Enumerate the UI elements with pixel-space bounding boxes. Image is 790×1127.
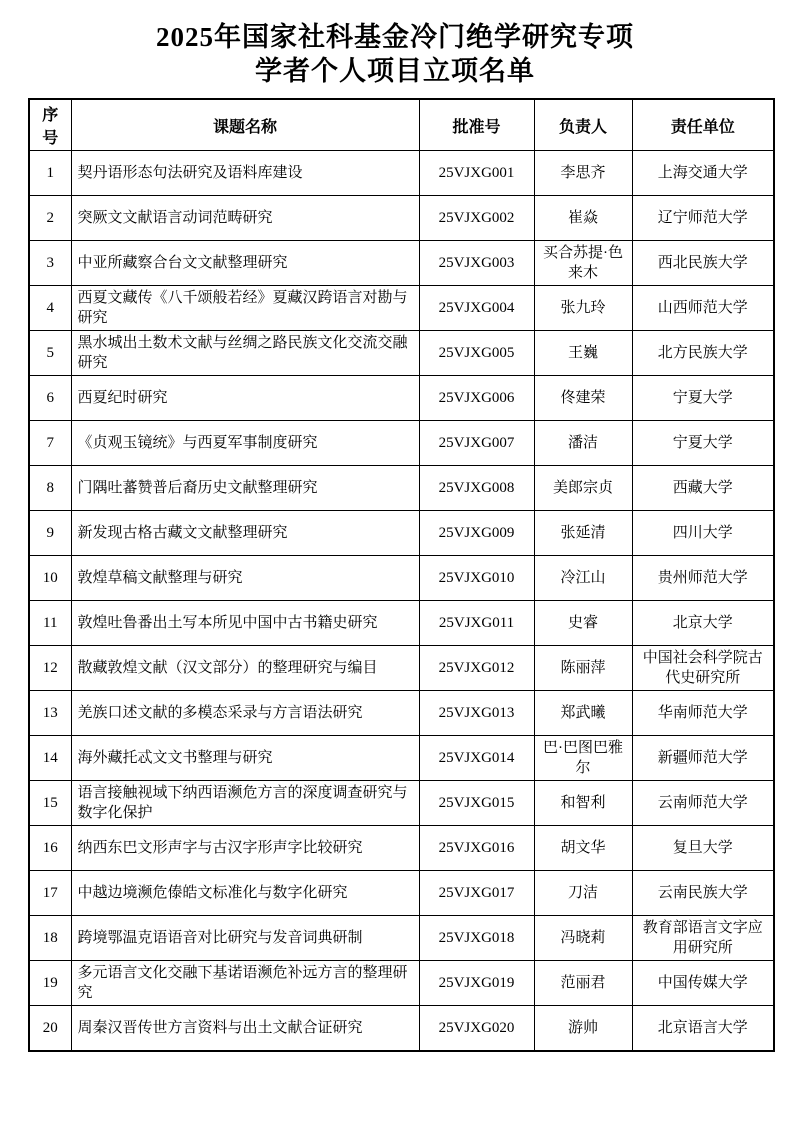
- cell-no: 1: [29, 151, 71, 196]
- cell-no: 14: [29, 736, 71, 781]
- cell-unit: 中国传媒大学: [632, 961, 774, 1006]
- cell-unit: 宁夏大学: [632, 376, 774, 421]
- cell-code: 25VJXG018: [419, 916, 534, 961]
- cell-leader: 美郎宗贞: [534, 466, 632, 511]
- table-row: 14海外藏托忒文文书整理与研究25VJXG014巴·巴图巴雅尔新疆师范大学: [29, 736, 774, 781]
- cell-no: 11: [29, 601, 71, 646]
- cell-no: 17: [29, 871, 71, 916]
- cell-title: 门隅吐蕃赞普后裔历史文献整理研究: [71, 466, 419, 511]
- cell-no: 19: [29, 961, 71, 1006]
- cell-unit: 贵州师范大学: [632, 556, 774, 601]
- cell-code: 25VJXG010: [419, 556, 534, 601]
- cell-code: 25VJXG009: [419, 511, 534, 556]
- table-row: 9新发现古格古藏文文献整理研究25VJXG009张延清四川大学: [29, 511, 774, 556]
- cell-leader: 和智利: [534, 781, 632, 826]
- cell-code: 25VJXG013: [419, 691, 534, 736]
- table-row: 3中亚所藏察合台文文献整理研究25VJXG003买合苏提·色来木西北民族大学: [29, 241, 774, 286]
- cell-leader: 冷江山: [534, 556, 632, 601]
- cell-code: 25VJXG004: [419, 286, 534, 331]
- cell-title: 多元语言文化交融下基诺语濒危补远方言的整理研究: [71, 961, 419, 1006]
- cell-unit: 山西师范大学: [632, 286, 774, 331]
- cell-leader: 王巍: [534, 331, 632, 376]
- title-line-2: 学者个人项目立项名单: [0, 54, 790, 88]
- cell-code: 25VJXG006: [419, 376, 534, 421]
- cell-unit: 北方民族大学: [632, 331, 774, 376]
- cell-code: 25VJXG020: [419, 1006, 534, 1051]
- cell-unit: 新疆师范大学: [632, 736, 774, 781]
- header-cell-leader: 负责人: [534, 99, 632, 151]
- cell-leader: 崔焱: [534, 196, 632, 241]
- cell-no: 15: [29, 781, 71, 826]
- cell-title: 突厥文文献语言动词范畴研究: [71, 196, 419, 241]
- cell-title: 《贞观玉镜统》与西夏军事制度研究: [71, 421, 419, 466]
- cell-leader: 史睿: [534, 601, 632, 646]
- cell-title: 西夏纪时研究: [71, 376, 419, 421]
- cell-title: 跨境鄂温克语语音对比研究与发音词典研制: [71, 916, 419, 961]
- cell-code: 25VJXG019: [419, 961, 534, 1006]
- cell-leader: 李思齐: [534, 151, 632, 196]
- cell-title: 周秦汉晋传世方言资料与出土文献合证研究: [71, 1006, 419, 1051]
- cell-title: 纳西东巴文形声字与古汉字形声字比较研究: [71, 826, 419, 871]
- cell-leader: 巴·巴图巴雅尔: [534, 736, 632, 781]
- cell-no: 8: [29, 466, 71, 511]
- table-row: 18跨境鄂温克语语音对比研究与发音词典研制25VJXG018冯晓莉教育部语言文字…: [29, 916, 774, 961]
- table-row: 8门隅吐蕃赞普后裔历史文献整理研究25VJXG008美郎宗贞西藏大学: [29, 466, 774, 511]
- cell-title: 语言接触视域下纳西语濒危方言的深度调查研究与数字化保护: [71, 781, 419, 826]
- cell-code: 25VJXG017: [419, 871, 534, 916]
- cell-unit: 北京语言大学: [632, 1006, 774, 1051]
- header-cell-no: 序号: [29, 99, 71, 151]
- cell-code: 25VJXG016: [419, 826, 534, 871]
- cell-leader: 张九玲: [534, 286, 632, 331]
- cell-title: 敦煌草稿文献整理与研究: [71, 556, 419, 601]
- cell-leader: 陈丽萍: [534, 646, 632, 691]
- cell-leader: 范丽君: [534, 961, 632, 1006]
- cell-code: 25VJXG003: [419, 241, 534, 286]
- cell-no: 9: [29, 511, 71, 556]
- cell-unit: 云南师范大学: [632, 781, 774, 826]
- table-row: 11敦煌吐鲁番出土写本所见中国中古书籍史研究25VJXG011史睿北京大学: [29, 601, 774, 646]
- cell-no: 6: [29, 376, 71, 421]
- document-title: 2025年国家社科基金冷门绝学研究专项 学者个人项目立项名单: [0, 0, 790, 88]
- cell-unit: 复旦大学: [632, 826, 774, 871]
- cell-unit: 西藏大学: [632, 466, 774, 511]
- document-page: 2025年国家社科基金冷门绝学研究专项 学者个人项目立项名单 序号 课题名称 批…: [0, 0, 790, 1127]
- cell-no: 3: [29, 241, 71, 286]
- cell-title: 敦煌吐鲁番出土写本所见中国中古书籍史研究: [71, 601, 419, 646]
- cell-unit: 华南师范大学: [632, 691, 774, 736]
- cell-title: 海外藏托忒文文书整理与研究: [71, 736, 419, 781]
- cell-unit: 四川大学: [632, 511, 774, 556]
- header-cell-unit: 责任单位: [632, 99, 774, 151]
- table-body: 1契丹语形态句法研究及语料库建设25VJXG001李思齐上海交通大学2突厥文文献…: [29, 151, 774, 1051]
- cell-leader: 张延清: [534, 511, 632, 556]
- cell-no: 18: [29, 916, 71, 961]
- cell-title: 黑水城出土数术文献与丝绸之路民族文化交流交融研究: [71, 331, 419, 376]
- cell-unit: 辽宁师范大学: [632, 196, 774, 241]
- cell-leader: 郑武曦: [534, 691, 632, 736]
- cell-unit: 宁夏大学: [632, 421, 774, 466]
- projects-table: 序号 课题名称 批准号 负责人 责任单位 1契丹语形态句法研究及语料库建设25V…: [28, 98, 775, 1052]
- cell-no: 7: [29, 421, 71, 466]
- cell-unit: 北京大学: [632, 601, 774, 646]
- cell-leader: 游帅: [534, 1006, 632, 1051]
- table-header-row: 序号 课题名称 批准号 负责人 责任单位: [29, 99, 774, 151]
- cell-no: 20: [29, 1006, 71, 1051]
- cell-unit: 中国社会科学院古代史研究所: [632, 646, 774, 691]
- table-row: 5黑水城出土数术文献与丝绸之路民族文化交流交融研究25VJXG005王巍北方民族…: [29, 331, 774, 376]
- table-row: 1契丹语形态句法研究及语料库建设25VJXG001李思齐上海交通大学: [29, 151, 774, 196]
- cell-title: 新发现古格古藏文文献整理研究: [71, 511, 419, 556]
- cell-code: 25VJXG011: [419, 601, 534, 646]
- cell-title: 西夏文藏传《八千颂般若经》夏藏汉跨语言对勘与研究: [71, 286, 419, 331]
- cell-no: 2: [29, 196, 71, 241]
- cell-code: 25VJXG012: [419, 646, 534, 691]
- cell-unit: 上海交通大学: [632, 151, 774, 196]
- cell-leader: 胡文华: [534, 826, 632, 871]
- cell-no: 12: [29, 646, 71, 691]
- title-line-1: 2025年国家社科基金冷门绝学研究专项: [0, 20, 790, 54]
- cell-leader: 潘洁: [534, 421, 632, 466]
- cell-unit: 西北民族大学: [632, 241, 774, 286]
- cell-code: 25VJXG001: [419, 151, 534, 196]
- cell-code: 25VJXG015: [419, 781, 534, 826]
- cell-no: 10: [29, 556, 71, 601]
- cell-code: 25VJXG005: [419, 331, 534, 376]
- table-row: 12散藏敦煌文献（汉文部分）的整理研究与编目25VJXG012陈丽萍中国社会科学…: [29, 646, 774, 691]
- cell-unit: 云南民族大学: [632, 871, 774, 916]
- cell-no: 4: [29, 286, 71, 331]
- cell-no: 5: [29, 331, 71, 376]
- table-row: 6西夏纪时研究25VJXG006佟建荣宁夏大学: [29, 376, 774, 421]
- cell-unit: 教育部语言文字应用研究所: [632, 916, 774, 961]
- cell-leader: 刀洁: [534, 871, 632, 916]
- cell-leader: 冯晓莉: [534, 916, 632, 961]
- cell-code: 25VJXG008: [419, 466, 534, 511]
- cell-leader: 买合苏提·色来木: [534, 241, 632, 286]
- table-row: 2突厥文文献语言动词范畴研究25VJXG002崔焱辽宁师范大学: [29, 196, 774, 241]
- table-row: 20周秦汉晋传世方言资料与出土文献合证研究25VJXG020游帅北京语言大学: [29, 1006, 774, 1051]
- table-row: 19多元语言文化交融下基诺语濒危补远方言的整理研究25VJXG019范丽君中国传…: [29, 961, 774, 1006]
- table-row: 15语言接触视域下纳西语濒危方言的深度调查研究与数字化保护25VJXG015和智…: [29, 781, 774, 826]
- cell-title: 散藏敦煌文献（汉文部分）的整理研究与编目: [71, 646, 419, 691]
- table-row: 4西夏文藏传《八千颂般若经》夏藏汉跨语言对勘与研究25VJXG004张九玲山西师…: [29, 286, 774, 331]
- cell-title: 中亚所藏察合台文文献整理研究: [71, 241, 419, 286]
- header-cell-code: 批准号: [419, 99, 534, 151]
- header-cell-title: 课题名称: [71, 99, 419, 151]
- table-row: 10敦煌草稿文献整理与研究25VJXG010冷江山贵州师范大学: [29, 556, 774, 601]
- cell-no: 13: [29, 691, 71, 736]
- cell-code: 25VJXG007: [419, 421, 534, 466]
- table-row: 7《贞观玉镜统》与西夏军事制度研究25VJXG007潘洁宁夏大学: [29, 421, 774, 466]
- table-row: 13羌族口述文献的多模态采录与方言语法研究25VJXG013郑武曦华南师范大学: [29, 691, 774, 736]
- cell-title: 中越边境濒危傣皓文标准化与数字化研究: [71, 871, 419, 916]
- cell-code: 25VJXG014: [419, 736, 534, 781]
- table-row: 17中越边境濒危傣皓文标准化与数字化研究25VJXG017刀洁云南民族大学: [29, 871, 774, 916]
- cell-code: 25VJXG002: [419, 196, 534, 241]
- cell-title: 契丹语形态句法研究及语料库建设: [71, 151, 419, 196]
- cell-no: 16: [29, 826, 71, 871]
- cell-title: 羌族口述文献的多模态采录与方言语法研究: [71, 691, 419, 736]
- table-row: 16纳西东巴文形声字与古汉字形声字比较研究25VJXG016胡文华复旦大学: [29, 826, 774, 871]
- cell-leader: 佟建荣: [534, 376, 632, 421]
